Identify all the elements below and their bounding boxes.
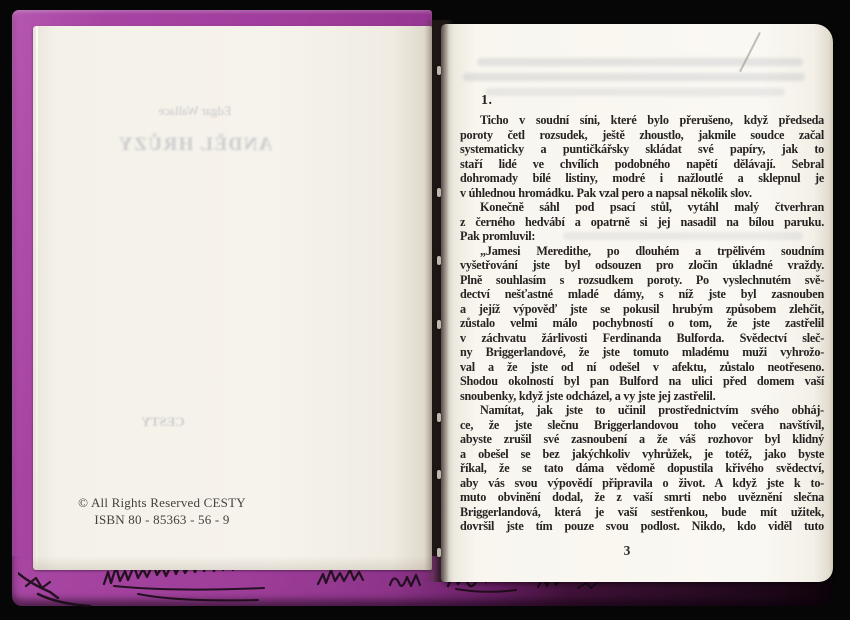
text-line: Namítat, jak jste to učinil prostřednict… bbox=[460, 403, 824, 418]
text-line: Ticho v soudní síni, které bylo přerušen… bbox=[460, 113, 824, 128]
book-scan-photo: Edgar Wallace ANDĚL HRŮZY CESTY © All Ri… bbox=[0, 0, 850, 620]
text-line: a obešel se bez jakýchkoliv vyhrůžek, je… bbox=[460, 447, 824, 462]
text-line: aby vás svou výpovědí připravila o život… bbox=[460, 476, 824, 491]
text-line: dectví nešťastné mladé dámy, s níž jste … bbox=[460, 287, 824, 302]
text-line: z černého hedvábí a opatrně si jej nasad… bbox=[460, 215, 824, 230]
show-through-line bbox=[463, 73, 805, 81]
text-line: ny Briggerlandové, že jste tomuto mladém… bbox=[460, 345, 824, 360]
body-text: Ticho v soudní síni, které bylo přerušen… bbox=[460, 113, 824, 534]
page-number: 3 bbox=[460, 543, 794, 559]
text-line: abyste zrušil své zasnoubení a že váš ro… bbox=[460, 432, 824, 447]
left-page: Edgar Wallace ANDĚL HRŮZY CESTY © All Ri… bbox=[33, 26, 432, 570]
text-line: val a že jste od ní odešel v afektu, zůs… bbox=[460, 360, 824, 375]
show-through-author: Edgar Wallace bbox=[105, 104, 285, 119]
text-line: staří lidé ve chvílích podobného napětí … bbox=[460, 157, 824, 172]
text-line: Briggerlandová, která je vaší sestřenkou… bbox=[460, 505, 824, 520]
imprint-block: © All Rights Reserved CESTY ISBN 80 - 85… bbox=[71, 494, 253, 528]
text-line: v úhlednou hromádku. Pak vzal pero a nap… bbox=[460, 186, 824, 201]
show-through-title: ANDĚL HRŮZY bbox=[95, 134, 295, 156]
text-line: systematicky a puntičkářsky skládat své … bbox=[460, 142, 824, 157]
text-line: říkal, že se tato dáma vědomě dopustila … bbox=[460, 461, 824, 476]
text-line: Pak promluvil: bbox=[460, 229, 824, 244]
text-line: a jejíž výpověď jste se pokusil hrubým z… bbox=[460, 302, 824, 317]
text-line: Plně souhlasím s rozsudkem poroty. Po vy… bbox=[460, 273, 824, 288]
show-through-publisher: CESTY bbox=[115, 414, 211, 430]
text-line: dohromady bílé listiny, modré i nažloutl… bbox=[460, 171, 824, 186]
show-through-line bbox=[477, 58, 803, 66]
text-line: Shodou okolností byl pan Bulford na ulic… bbox=[460, 374, 824, 389]
text-line: poroty četl rozsudek, ještě zhoustlo, ja… bbox=[460, 128, 824, 143]
text-line: zůstalo velmi málo pochybností o tom, že… bbox=[460, 316, 824, 331]
copyright-line: © All Rights Reserved CESTY bbox=[71, 494, 253, 511]
text-line: „Jamesi Meredithe, po dlouhém a trpělivé… bbox=[460, 244, 824, 259]
chapter-number: 1. bbox=[460, 93, 845, 109]
right-page: 1. Ticho v soudní síni, které bylo přeru… bbox=[441, 24, 833, 582]
text-line: dovršil jste tím pouze svou podlost. Nik… bbox=[460, 519, 824, 534]
text-line: vyšetřování jste byl odsouzen pro zločin… bbox=[460, 258, 824, 273]
isbn-line: ISBN 80 - 85363 - 56 - 9 bbox=[71, 511, 253, 528]
text-line: snoubenky, když jste odcházel, a vy jste… bbox=[460, 389, 824, 404]
text-line: v záchvatu žárlivosti Ferdinanda Bulford… bbox=[460, 331, 824, 346]
text-line: muto obvinění dodal, že z vaší smrti neb… bbox=[460, 490, 824, 505]
text-line: ce, že jste slečnu Briggerlandovou toho … bbox=[460, 418, 824, 433]
text-line: Konečně sáhl pod psací stůl, vytáhl malý… bbox=[460, 200, 824, 215]
